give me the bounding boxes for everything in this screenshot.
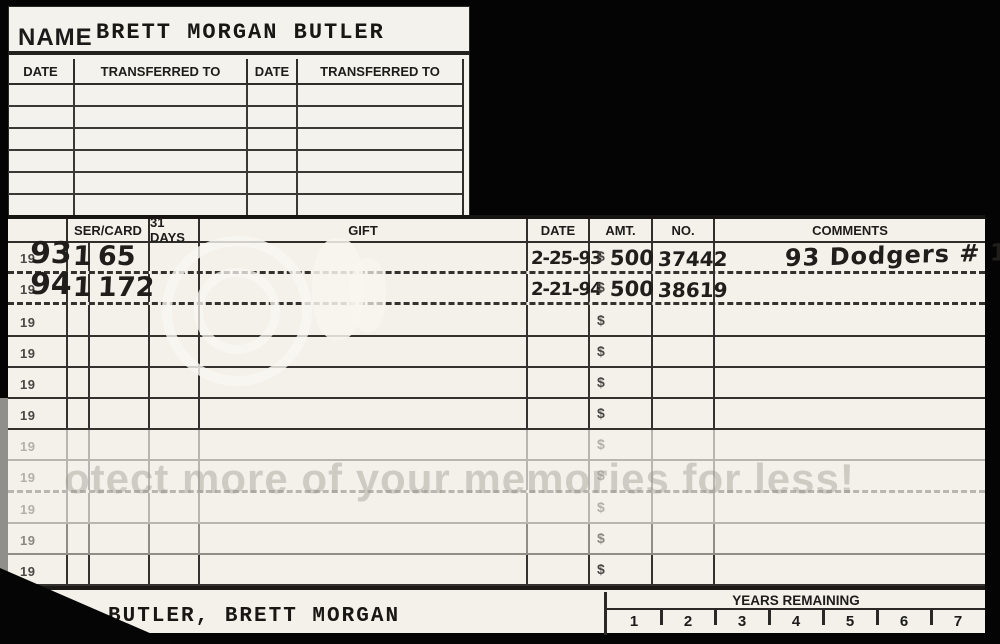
comments-cell [715, 368, 985, 397]
gift-cell [200, 430, 528, 459]
transfer-cell [8, 85, 75, 105]
comments-cell [715, 430, 985, 459]
table-row: 19$ [8, 461, 985, 492]
transfer-table-header: DATETRANSFERRED TODATETRANSFERRED TO [8, 59, 462, 85]
table-row: 19$ [8, 493, 985, 524]
ser-cell [68, 399, 90, 428]
days-cell [150, 555, 200, 584]
days-cell [150, 461, 200, 489]
dollar-sign: $ [597, 436, 605, 452]
transfer-cell [298, 195, 462, 215]
number-cell [653, 337, 715, 366]
transfer-cell [75, 85, 248, 105]
dollar-sign: $ [597, 405, 605, 421]
card-number-cell [90, 399, 150, 428]
amount-cell: $ [590, 368, 653, 397]
comments-cell [715, 399, 985, 428]
gift-cell [200, 337, 528, 366]
upper-name-value: BRETT MORGAN BUTLER [96, 20, 385, 45]
number-cell [653, 493, 715, 522]
table-row: 19$ [8, 430, 985, 461]
card-number-cell [90, 461, 150, 489]
handwritten-card-number: 172 [97, 272, 155, 303]
transfer-cell [75, 107, 248, 127]
days-cell [150, 368, 200, 397]
transfer-cell [8, 107, 75, 127]
years-remaining-box: YEARS REMAINING 1234567 [604, 592, 985, 635]
date-cell [528, 430, 590, 459]
year-cell: 1994 [8, 274, 68, 302]
gift-cell [200, 524, 528, 553]
ser-cell [68, 368, 90, 397]
transfer-column-header: TRANSFERRED TO [298, 59, 462, 83]
year-cell: 19 [8, 368, 68, 397]
handwritten-amount: 500 [609, 246, 654, 270]
gift-cell [200, 305, 528, 334]
date-cell [528, 493, 590, 522]
number-cell [653, 555, 715, 584]
gift-cell [200, 399, 528, 428]
transfer-column-header: TRANSFERRED TO [75, 59, 248, 83]
year-cell: 19 [8, 461, 68, 489]
tick-divider [768, 610, 771, 625]
number-cell [653, 399, 715, 428]
transfer-cell [75, 173, 248, 193]
transfer-cell [8, 195, 75, 215]
years-remaining-cell: 4 [769, 610, 823, 633]
date-cell [528, 524, 590, 553]
ledger-card: SER/CARD 31 DAYS GIFT DATE AMT. NO. COMM… [8, 215, 985, 633]
tick-divider [930, 610, 933, 625]
date-cell [528, 337, 590, 366]
dollar-sign: $ [597, 343, 605, 359]
card-number-cell [90, 337, 150, 366]
years-remaining-cell: 3 [715, 610, 769, 633]
transfer-cell [248, 129, 298, 149]
days-cell [150, 243, 200, 271]
transfer-cell [75, 151, 248, 171]
year-cell: 19 [8, 524, 68, 553]
upper-name-label: NAME [18, 24, 93, 52]
gift-cell [200, 243, 528, 271]
card-number-cell: 172 [90, 274, 150, 302]
year-cell: 19 [8, 337, 68, 366]
year-prefix: 19 [20, 377, 35, 392]
ser-cell [68, 524, 90, 553]
ledger-header-comments: COMMENTS [715, 219, 985, 241]
number-cell [653, 524, 715, 553]
dollar-sign: $ [597, 248, 605, 264]
days-cell [150, 493, 200, 522]
amount-cell: $ [590, 399, 653, 428]
transfer-column-header: DATE [8, 59, 75, 83]
ser-cell [68, 555, 90, 584]
amount-cell: $ [590, 430, 653, 459]
ledger-header-sercard: SER/CARD [68, 219, 150, 241]
comments-cell: 93 Dodgers # 14 [715, 243, 985, 271]
gift-cell [200, 274, 528, 302]
handwritten-year: 94 [29, 267, 73, 302]
scanned-card-document: NAME BRETT MORGAN BUTLER DATETRANSFERRED… [0, 0, 1000, 644]
gift-cell [200, 368, 528, 397]
year-prefix: 19 [20, 470, 35, 485]
ledger-header: SER/CARD 31 DAYS GIFT DATE AMT. NO. COMM… [8, 219, 985, 243]
ledger-rows: 19931652-25-93$5003744293 Dodgers # 1419… [8, 243, 985, 586]
transfer-row [8, 151, 462, 173]
transfer-cell [8, 173, 75, 193]
table-row: 19$ [8, 337, 985, 368]
transfer-cell [8, 129, 75, 149]
amount-cell: $ [590, 461, 653, 489]
transfer-cell [298, 173, 462, 193]
card-number-cell [90, 524, 150, 553]
comments-cell [715, 337, 985, 366]
years-remaining-cell: 5 [823, 610, 877, 633]
days-cell [150, 399, 200, 428]
transfer-cell [75, 129, 248, 149]
dollar-sign: $ [597, 561, 605, 577]
transfer-cell [248, 195, 298, 215]
handwritten-comments: 93 Dodgers # 14 [785, 238, 1000, 272]
comments-cell [715, 461, 985, 489]
number-cell: 37442 [653, 243, 715, 271]
transfer-cell [8, 151, 75, 171]
ledger-header-days: 31 DAYS [150, 219, 200, 241]
years-remaining-cell: 7 [931, 610, 985, 633]
year-prefix: 19 [20, 533, 35, 548]
tick-divider [660, 610, 663, 625]
transfer-column-header: DATE [248, 59, 298, 83]
amount-cell: $500 [590, 243, 653, 271]
card-number-cell [90, 493, 150, 522]
transfer-table: DATETRANSFERRED TODATETRANSFERRED TO [8, 59, 464, 217]
transfer-row [8, 129, 462, 151]
days-cell [150, 274, 200, 302]
tick-divider [822, 610, 825, 625]
days-cell [150, 524, 200, 553]
transfer-cell [298, 151, 462, 171]
date-cell [528, 399, 590, 428]
comments-cell [715, 305, 985, 334]
ser-cell [68, 461, 90, 489]
gift-cell [200, 493, 528, 522]
dollar-sign: $ [597, 467, 605, 483]
number-cell [653, 368, 715, 397]
year-cell: 19 [8, 430, 68, 459]
transfer-cell [248, 173, 298, 193]
transfer-cell [298, 129, 462, 149]
year-prefix: 19 [20, 315, 35, 330]
year-cell: 19 [8, 493, 68, 522]
table-row: 19931652-25-93$5003744293 Dodgers # 14 [8, 243, 985, 274]
gift-cell [200, 461, 528, 489]
ser-cell: 1 [68, 274, 90, 302]
handwritten-year: 93 [29, 236, 73, 271]
amount-cell: $ [590, 555, 653, 584]
transfer-cell [75, 195, 248, 215]
number-cell [653, 305, 715, 334]
dollar-sign: $ [597, 499, 605, 515]
years-remaining-label: YEARS REMAINING [607, 592, 985, 610]
year-prefix: 19 [20, 439, 35, 454]
transfer-cell [298, 85, 462, 105]
table-row: 19$ [8, 305, 985, 336]
ser-cell [68, 493, 90, 522]
comments-cell [715, 524, 985, 553]
year-prefix: 19 [20, 408, 35, 423]
number-cell [653, 430, 715, 459]
comments-cell [715, 555, 985, 584]
year-prefix: 19 [20, 564, 35, 579]
card-number-cell [90, 430, 150, 459]
years-remaining-cell: 1 [607, 610, 661, 633]
table-row: 19$ [8, 555, 985, 586]
upper-name-row: NAME BRETT MORGAN BUTLER [8, 6, 470, 55]
table-row: 19$ [8, 524, 985, 555]
transfer-row [8, 85, 462, 107]
number-cell [653, 461, 715, 489]
ser-cell [68, 337, 90, 366]
handwritten-card-number: 65 [97, 241, 136, 272]
table-row: 199411722-21-94$50038619 [8, 274, 985, 305]
tick-divider [714, 610, 717, 625]
card-number-cell [90, 368, 150, 397]
number-cell: 38619 [653, 274, 715, 302]
dollar-sign: $ [597, 279, 605, 295]
amount-cell: $ [590, 337, 653, 366]
handwritten-amount: 500 [609, 277, 654, 301]
comments-cell [715, 274, 985, 302]
tick-divider [876, 610, 879, 625]
ledger-header-date: DATE [528, 219, 590, 241]
years-remaining-cell: 6 [877, 610, 931, 633]
transfer-row [8, 107, 462, 129]
comments-cell [715, 493, 985, 522]
years-remaining-cell: 2 [661, 610, 715, 633]
year-prefix: 19 [20, 346, 35, 361]
transfer-cell [298, 107, 462, 127]
ledger-header-gift: GIFT [200, 219, 528, 241]
dollar-sign: $ [597, 374, 605, 390]
table-row: 19$ [8, 368, 985, 399]
footer-section: NAME BUTLER, BRETT MORGAN YEARS REMAININ… [8, 590, 985, 637]
transfer-row [8, 173, 462, 195]
amount-cell: $ [590, 493, 653, 522]
days-cell [150, 430, 200, 459]
upper-card: NAME BRETT MORGAN BUTLER DATETRANSFERRED… [8, 6, 470, 218]
gift-cell [200, 555, 528, 584]
card-number-cell [90, 305, 150, 334]
transfer-row [8, 195, 462, 217]
transfer-cell [248, 107, 298, 127]
year-cell: 19 [8, 305, 68, 334]
amount-cell: $500 [590, 274, 653, 302]
date-cell [528, 461, 590, 489]
ledger-header-no: NO. [653, 219, 715, 241]
dollar-sign: $ [597, 530, 605, 546]
years-remaining-numbers: 1234567 [607, 610, 985, 633]
date-cell [528, 305, 590, 334]
ser-cell [68, 305, 90, 334]
amount-cell: $ [590, 305, 653, 334]
date-cell [528, 368, 590, 397]
table-row: 19$ [8, 399, 985, 430]
amount-cell: $ [590, 524, 653, 553]
transfer-cell [248, 151, 298, 171]
date-cell: 2-21-94 [528, 274, 590, 302]
year-prefix: 19 [20, 502, 35, 517]
days-cell [150, 337, 200, 366]
card-number-cell [90, 555, 150, 584]
date-cell [528, 555, 590, 584]
transfer-cell [248, 85, 298, 105]
year-cell: 19 [8, 399, 68, 428]
days-cell [150, 305, 200, 334]
footer-name-value: BUTLER, BRETT MORGAN [108, 605, 400, 628]
ser-cell [68, 430, 90, 459]
date-cell: 2-25-93 [528, 243, 590, 271]
card-number-cell: 65 [90, 243, 150, 271]
ledger-header-amt: AMT. [590, 219, 653, 241]
dollar-sign: $ [597, 312, 605, 328]
transfer-table-rows [8, 85, 462, 217]
